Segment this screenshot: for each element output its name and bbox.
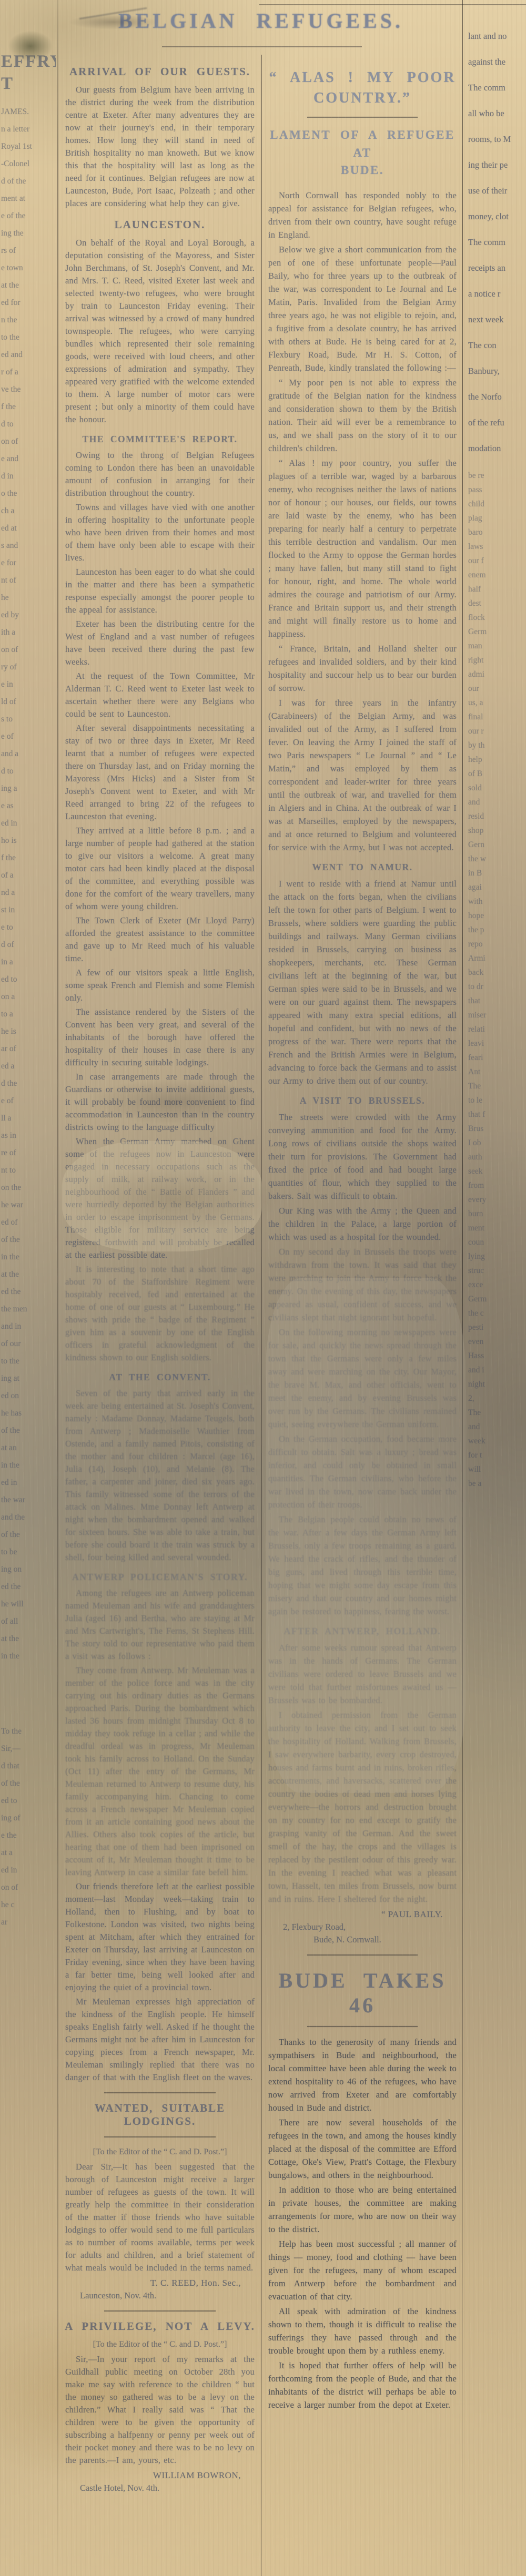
text-fragment: plag bbox=[468, 511, 526, 525]
text-fragment: by th bbox=[468, 738, 526, 752]
text-fragment: repo bbox=[468, 937, 526, 951]
text-fragment: and in bbox=[1, 1318, 56, 1335]
column-rule-left bbox=[57, 0, 58, 2576]
text-fragment: enem bbox=[468, 568, 526, 582]
text-fragment: in the bbox=[1, 1457, 56, 1474]
text-fragment: flock bbox=[468, 610, 526, 625]
text-fragment: modation bbox=[468, 435, 526, 461]
text-fragment: us, a bbox=[468, 696, 526, 710]
text-fragment: ed the bbox=[1, 1283, 56, 1300]
text-fragment: admi bbox=[468, 667, 526, 681]
text-fragment: ar bbox=[1, 1913, 56, 1931]
spacer bbox=[1, 95, 56, 103]
right-sliver-column: lant and noagainst theThe commall who be… bbox=[468, 0, 526, 2576]
text-fragment: Armi bbox=[468, 951, 526, 965]
text-fragment: ment bbox=[468, 1221, 526, 1235]
text-fragment: Ant bbox=[468, 1065, 526, 1079]
text-fragment: and bbox=[468, 795, 526, 809]
paragraph: Sir,—In your report of my remarks at the… bbox=[65, 2353, 255, 2467]
text-fragment: to dr bbox=[468, 980, 526, 994]
text-fragment: be a bbox=[468, 1477, 526, 1491]
text-fragment: e and bbox=[1, 450, 56, 467]
paragraph: There are now several households of the … bbox=[268, 2116, 457, 2182]
paragraph: After several disappointments necessitat… bbox=[65, 722, 255, 823]
text-fragment: half bbox=[468, 582, 526, 596]
sub-heading: AFTER ANTWERP, HOLLAND. bbox=[267, 1626, 458, 1637]
text-fragment: The bbox=[468, 1406, 526, 1420]
sub-heading: THE COMMITTEE'S REPORT. bbox=[64, 434, 256, 445]
paragraph: In case arrangements are made through th… bbox=[65, 1071, 255, 1134]
text-fragment: next week bbox=[468, 307, 526, 332]
text-fragment: e for bbox=[1, 554, 56, 572]
address-line: Launceston, Nov. 4th. bbox=[64, 2289, 256, 2302]
text-fragment: of the bbox=[1, 1775, 56, 1792]
text-fragment: every bbox=[468, 1193, 526, 1207]
text-fragment: at a bbox=[1, 1844, 56, 1861]
text-fragment: nt to bbox=[1, 1162, 56, 1179]
paragraph: Launceston has been eager to do what she… bbox=[65, 566, 255, 616]
text-fragment: help bbox=[468, 752, 526, 767]
text-fragment: he c bbox=[1, 1896, 56, 1913]
text-fragment: the p bbox=[468, 923, 526, 937]
section-heading: A PRIVILEGE, NOT A LEVY. bbox=[64, 2320, 256, 2333]
paragraph: On my second day in Brussels the troops … bbox=[268, 1245, 457, 1324]
divider-rule bbox=[307, 2026, 418, 2027]
text-fragment: feari bbox=[468, 1051, 526, 1065]
paragraph: On the following morning no newspapers w… bbox=[268, 1326, 457, 1431]
address-line: Bude, N. Cornwall. bbox=[267, 1933, 458, 1946]
paragraph: Towns and villages have vied with one an… bbox=[65, 501, 255, 564]
text-fragment: r of a bbox=[1, 363, 56, 381]
paragraph: Mr Meuleman expresses high appreciation … bbox=[65, 1995, 255, 2084]
text-fragment: ed by bbox=[1, 606, 56, 624]
text-fragment: To the bbox=[1, 1723, 56, 1740]
sub-heading: WENT TO NAMUR. bbox=[267, 862, 458, 873]
divider-rule bbox=[104, 2136, 215, 2137]
paragraph: After some weeks rumour spread that Antw… bbox=[268, 1641, 457, 1707]
text-fragment: Banbury, bbox=[468, 358, 526, 384]
text-fragment: the Norfo bbox=[468, 384, 526, 410]
text-fragment: final bbox=[468, 710, 526, 724]
text-fragment: d in bbox=[1, 467, 56, 485]
text-fragment: and the bbox=[1, 1509, 56, 1526]
text-fragment: a notice r bbox=[468, 281, 526, 307]
text-fragment: he bbox=[1, 589, 56, 606]
text-fragment: st in bbox=[1, 901, 56, 919]
text-fragment: e of bbox=[1, 1092, 56, 1109]
paragraph: The Belgian people could obtain no news … bbox=[268, 1513, 457, 1618]
text-fragment: ed in bbox=[1, 1861, 56, 1879]
spacer bbox=[267, 183, 458, 187]
signature: WILLIAM BOWRON, bbox=[64, 2469, 256, 2482]
text-fragment: -Colonel bbox=[1, 155, 56, 172]
text-fragment: money, clot bbox=[468, 203, 526, 229]
text-fragment: ing of bbox=[1, 1809, 56, 1827]
text-fragment: in the bbox=[1, 1647, 56, 1665]
text-fragment: I ob bbox=[468, 1136, 526, 1150]
text-fragment: relati bbox=[468, 1022, 526, 1036]
text-fragment: he will bbox=[1, 1595, 56, 1613]
text-fragment: and i bbox=[468, 1363, 526, 1377]
text-fragment: auth bbox=[468, 1150, 526, 1164]
text-fragment: d the bbox=[1, 1075, 56, 1092]
paragraph: I went to reside with a friend at Namur … bbox=[268, 877, 457, 1087]
paragraph: At the request of the Town Committee, Mr… bbox=[65, 670, 255, 720]
text-fragment: to the bbox=[1, 329, 56, 346]
text-fragment: of the bbox=[1, 1231, 56, 1248]
text-fragment: as in bbox=[1, 1127, 56, 1144]
text-fragment: struc bbox=[468, 1264, 526, 1278]
text-fragment: Sir,— bbox=[1, 1740, 56, 1757]
column-rule-right bbox=[462, 0, 463, 2576]
paragraph: The Town Clerk of Exeter (Mr Lloyd Parry… bbox=[65, 914, 255, 965]
text-fragment: rooms, to M bbox=[468, 126, 526, 152]
text-fragment: the c bbox=[468, 1306, 526, 1320]
text-fragment: rs of bbox=[1, 242, 56, 259]
newspaper-scan-page: { "masthead": { "title": "BELGIAN REFUGE… bbox=[0, 0, 526, 2576]
headline-fragment: T bbox=[1, 73, 56, 95]
text-fragment: of our bbox=[1, 1335, 56, 1352]
text-fragment: e town bbox=[1, 259, 56, 277]
divider-rule bbox=[104, 2310, 215, 2312]
text-fragment: f the bbox=[1, 849, 56, 867]
text-fragment: shop bbox=[468, 823, 526, 838]
paragraph: Seven of the party that arrived early in… bbox=[65, 1387, 255, 1564]
text-fragment: to le bbox=[468, 1093, 526, 1107]
paragraph: I was for three years in the infantry (C… bbox=[268, 696, 457, 854]
text-fragment: from bbox=[468, 1178, 526, 1193]
text-fragment: on the bbox=[1, 1179, 56, 1196]
text-fragment: n the bbox=[1, 311, 56, 329]
paragraph: Our King was with the Army ; the Queen a… bbox=[268, 1204, 457, 1244]
text-fragment: baro bbox=[468, 525, 526, 539]
text-fragment: child bbox=[468, 497, 526, 511]
text-fragment: to a bbox=[1, 1005, 56, 1023]
text-fragment: all who be bbox=[468, 100, 526, 126]
paragraph: North Cornwall has responded nobly to th… bbox=[268, 189, 457, 241]
text-fragment: ll a bbox=[1, 1109, 56, 1127]
text-fragment: ed to bbox=[1, 971, 56, 988]
text-fragment: agai bbox=[468, 880, 526, 894]
text-fragment: ing at bbox=[1, 1370, 56, 1387]
text-fragment: lying bbox=[468, 1249, 526, 1264]
text-fragment: dest bbox=[468, 596, 526, 610]
text-fragment: of B bbox=[468, 767, 526, 781]
text-fragment: he is bbox=[1, 1023, 56, 1040]
paragraph: When the German Army marched on Ghent so… bbox=[65, 1135, 255, 1261]
text-fragment: use of their bbox=[468, 178, 526, 203]
editor-note: [To the Editor of the “ C. and D. Post.”… bbox=[64, 2338, 256, 2351]
text-fragment: in B bbox=[468, 866, 526, 880]
text-fragment: e of bbox=[1, 728, 56, 745]
text-fragment: on of bbox=[1, 1879, 56, 1896]
spacer bbox=[468, 461, 526, 469]
text-fragment: ch a bbox=[1, 502, 56, 520]
text-fragment: d that bbox=[1, 1757, 56, 1775]
text-fragment: on a bbox=[1, 988, 56, 1005]
text-fragment: our bbox=[468, 681, 526, 696]
text-fragment: ed in bbox=[1, 1474, 56, 1491]
text-fragment: in a bbox=[1, 953, 56, 971]
text-fragment: The comm bbox=[468, 229, 526, 255]
paragraph: Exeter has been the distributing centre … bbox=[65, 618, 255, 668]
text-fragment: of all bbox=[1, 1613, 56, 1630]
sub-heading: ANTWERP POLICEMAN'S STORY. bbox=[64, 1572, 256, 1583]
text-fragment: seek bbox=[468, 1164, 526, 1178]
paragraph: “ France, Britain, and Holland shelter o… bbox=[268, 642, 457, 695]
divider-rule bbox=[104, 2092, 215, 2093]
address-line: 2, Flexbury Road, bbox=[267, 1921, 458, 1933]
paragraph: I obtained permission from the German au… bbox=[268, 1708, 457, 1906]
paragraph: Dear Sir,—It has been suggested that the… bbox=[65, 2161, 255, 2274]
text-fragment: ed a bbox=[1, 1057, 56, 1075]
text-fragment: of the bbox=[1, 1526, 56, 1543]
text-fragment: even bbox=[468, 1335, 526, 1349]
text-fragment: the men bbox=[1, 1300, 56, 1318]
text-fragment: s to bbox=[1, 710, 56, 728]
text-fragment: nt of bbox=[1, 572, 56, 589]
text-fragment: ed in bbox=[1, 814, 56, 832]
paragraph: A few of our visitors speak a little Eng… bbox=[65, 966, 255, 1004]
text-fragment: ar of bbox=[1, 1040, 56, 1057]
column-rule-middle bbox=[261, 55, 262, 2576]
paragraph: On behalf of the Royal and Loyal Borough… bbox=[65, 237, 255, 426]
text-fragment: man bbox=[468, 639, 526, 653]
text-fragment: Germ bbox=[468, 625, 526, 639]
text-fragment: ing the bbox=[1, 225, 56, 242]
spacer bbox=[468, 0, 526, 23]
text-fragment: re of bbox=[1, 1144, 56, 1162]
text-fragment: of the refu bbox=[468, 410, 526, 435]
text-fragment: against the bbox=[468, 49, 526, 75]
text-fragment: laws bbox=[468, 539, 526, 554]
text-fragment: and bbox=[468, 1420, 526, 1434]
text-fragment: to be bbox=[1, 1543, 56, 1561]
text-fragment: s and bbox=[1, 537, 56, 554]
sub-heading: A VISIT TO BRUSSELS. bbox=[267, 1095, 458, 1106]
address-line: Castle Hotel, Nov. 4th. bbox=[64, 2482, 256, 2494]
divider-rule bbox=[307, 117, 418, 118]
text-fragment: at the bbox=[1, 1266, 56, 1283]
text-fragment: our f bbox=[468, 554, 526, 568]
text-fragment: ho is bbox=[1, 832, 56, 849]
text-fragment: lant and no bbox=[468, 23, 526, 49]
text-fragment: week bbox=[468, 1434, 526, 1448]
text-fragment: Brus bbox=[468, 1122, 526, 1136]
text-fragment: ing their pe bbox=[468, 152, 526, 178]
paragraph: Owing to the throng of Belgian Refugees … bbox=[65, 449, 255, 500]
paragraph: All speak with admiration of the kindnes… bbox=[268, 2305, 457, 2357]
text-fragment: ed for bbox=[1, 294, 56, 311]
paragraph: Thanks to the generosity of many friends… bbox=[268, 2035, 457, 2114]
text-fragment: n a letter bbox=[1, 120, 56, 138]
text-fragment: sold bbox=[468, 781, 526, 795]
text-fragment: receipts an bbox=[468, 255, 526, 281]
text-fragment: Germ bbox=[468, 1292, 526, 1306]
spacer bbox=[1, 0, 56, 50]
paragraph: It is hoped that further offers of help … bbox=[268, 2359, 457, 2411]
paragraph: On the German occupation, food became mo… bbox=[268, 1432, 457, 1511]
text-fragment: at an bbox=[1, 1439, 56, 1457]
text-fragment: at the bbox=[1, 1630, 56, 1647]
paragraph: Among the refugees are an Antwerp police… bbox=[65, 1587, 255, 1663]
text-fragment: ed the bbox=[1, 1578, 56, 1595]
spacer bbox=[1, 1665, 56, 1723]
text-fragment: o the bbox=[1, 485, 56, 502]
text-fragment: ed at bbox=[1, 520, 56, 537]
text-fragment: he war bbox=[1, 1196, 56, 1214]
text-fragment: on of bbox=[1, 433, 56, 450]
text-fragment: our r bbox=[468, 724, 526, 738]
text-fragment: the war bbox=[1, 1491, 56, 1509]
text-fragment: of the bbox=[1, 1422, 56, 1439]
paragraph: They come from Antwerp. Mr Meuleman was … bbox=[65, 1664, 255, 1879]
text-fragment: nd a bbox=[1, 884, 56, 901]
text-fragment: pass bbox=[468, 483, 526, 497]
paragraph: The streets were crowded with the Army c… bbox=[268, 1111, 457, 1203]
text-fragment: e of the bbox=[1, 207, 56, 225]
text-fragment: in the bbox=[1, 1248, 56, 1266]
signature: “ PAUL BAILY. bbox=[267, 1908, 458, 1921]
divider-rule bbox=[307, 1954, 418, 1956]
paragraph: “ My poor pen is not able to express the… bbox=[268, 376, 457, 455]
text-fragment: on of bbox=[1, 641, 56, 658]
text-fragment: and a bbox=[1, 745, 56, 762]
paragraph: It is interesting to note that a short t… bbox=[65, 1263, 255, 1364]
text-fragment: Royal 1st bbox=[1, 138, 56, 155]
text-fragment: that f bbox=[468, 1107, 526, 1122]
text-fragment: hope bbox=[468, 909, 526, 923]
text-fragment: night bbox=[468, 1377, 526, 1391]
editor-note: [To the Editor of the “ C. and D. Post.”… bbox=[64, 2146, 256, 2158]
section-heading: WANTED, SUITABLE LODGINGS. bbox=[64, 2102, 256, 2128]
text-fragment: exce bbox=[468, 1278, 526, 1292]
text-fragment: the w bbox=[468, 852, 526, 866]
text-fragment: leavi bbox=[468, 1036, 526, 1051]
text-fragment: burn bbox=[468, 1207, 526, 1221]
left-sliver-column: EFFRYTJAMES.n a letterRoyal 1st-Coloneld… bbox=[1, 0, 56, 2576]
paragraph: “ Alas ! my poor country, you suffer the… bbox=[268, 456, 457, 640]
text-fragment: ment at bbox=[1, 190, 56, 207]
text-fragment: ing on bbox=[1, 1561, 56, 1578]
article-column-bude: “ ALAS ! MY POOR COUNTRY.”LAMENT OF A RE… bbox=[267, 0, 458, 2576]
text-fragment: ry of bbox=[1, 658, 56, 676]
text-fragment: d to bbox=[1, 415, 56, 433]
text-fragment: ed to bbox=[1, 1792, 56, 1809]
paragraph: Help has been most successful ; all mann… bbox=[268, 2237, 457, 2303]
text-fragment: pesti bbox=[468, 1320, 526, 1335]
text-fragment: he has bbox=[1, 1404, 56, 1422]
text-fragment: ith a bbox=[1, 624, 56, 641]
article-heading: “ ALAS ! MY POOR COUNTRY.” bbox=[267, 67, 458, 108]
text-fragment: The con bbox=[468, 332, 526, 358]
text-fragment: miser bbox=[468, 1008, 526, 1022]
text-fragment: f the bbox=[1, 398, 56, 415]
section-heading: LAMENT OF A REFUGEE AT BUDE. bbox=[267, 126, 458, 179]
text-fragment: coun bbox=[468, 1235, 526, 1249]
section-heading: ARRIVAL OF OUR GUESTS. bbox=[64, 65, 256, 78]
text-fragment: for t bbox=[468, 1448, 526, 1462]
paragraph: Our friends therefore left at the earlie… bbox=[65, 1880, 255, 1994]
text-fragment: d of bbox=[1, 936, 56, 953]
paragraph: The assistance rendered by the Sisters o… bbox=[65, 1006, 255, 1069]
spacer bbox=[64, 0, 256, 57]
text-fragment: back bbox=[468, 965, 526, 980]
paragraph: They arrived at a little before 8 p.m. ;… bbox=[65, 824, 255, 913]
text-fragment: resid bbox=[468, 809, 526, 823]
text-fragment: e to bbox=[1, 919, 56, 936]
text-fragment: to the bbox=[1, 1352, 56, 1370]
text-fragment: Hass bbox=[468, 1349, 526, 1363]
text-fragment: ed of bbox=[1, 1214, 56, 1231]
spacer bbox=[267, 0, 458, 59]
text-fragment: that bbox=[468, 994, 526, 1008]
text-fragment: ed on bbox=[1, 1387, 56, 1404]
text-fragment: will bbox=[468, 1462, 526, 1477]
text-fragment: ve the bbox=[1, 381, 56, 398]
text-fragment: e in bbox=[1, 676, 56, 693]
text-fragment: d of the bbox=[1, 172, 56, 190]
text-fragment: ld of bbox=[1, 693, 56, 710]
text-fragment: e the bbox=[1, 1827, 56, 1844]
text-fragment: JAMES. bbox=[1, 103, 56, 120]
article-column-launceston: ARRIVAL OF OUR GUESTS.Our guests from Be… bbox=[64, 0, 256, 2576]
text-fragment: of a bbox=[1, 867, 56, 884]
section-heading: LAUNCESTON. bbox=[64, 218, 256, 231]
text-fragment: e as bbox=[1, 797, 56, 814]
text-fragment: with bbox=[468, 894, 526, 909]
text-fragment: at the bbox=[1, 277, 56, 294]
text-fragment: 2, bbox=[468, 1391, 526, 1406]
text-fragment: be re bbox=[468, 469, 526, 483]
text-fragment: right bbox=[468, 653, 526, 667]
banner-heading: BUDE TAKES 46 bbox=[267, 1968, 458, 2018]
paragraph: Below we give a short communication from… bbox=[268, 243, 457, 374]
text-fragment: ing a bbox=[1, 780, 56, 797]
text-fragment: d to bbox=[1, 762, 56, 780]
headline-fragment: EFFRY bbox=[1, 50, 56, 73]
text-fragment: Gern bbox=[468, 838, 526, 852]
text-fragment: ed and bbox=[1, 346, 56, 363]
text-fragment: The bbox=[468, 1079, 526, 1093]
sub-heading: AT THE CONVENT. bbox=[64, 1372, 256, 1383]
paragraph: Our guests from Belgium have been arrivi… bbox=[65, 84, 255, 210]
paragraph: In addition to those who are being enter… bbox=[268, 2183, 457, 2236]
text-fragment: The comm bbox=[468, 75, 526, 100]
signature: T. C. REED, Hon. Sec., bbox=[64, 2276, 256, 2289]
